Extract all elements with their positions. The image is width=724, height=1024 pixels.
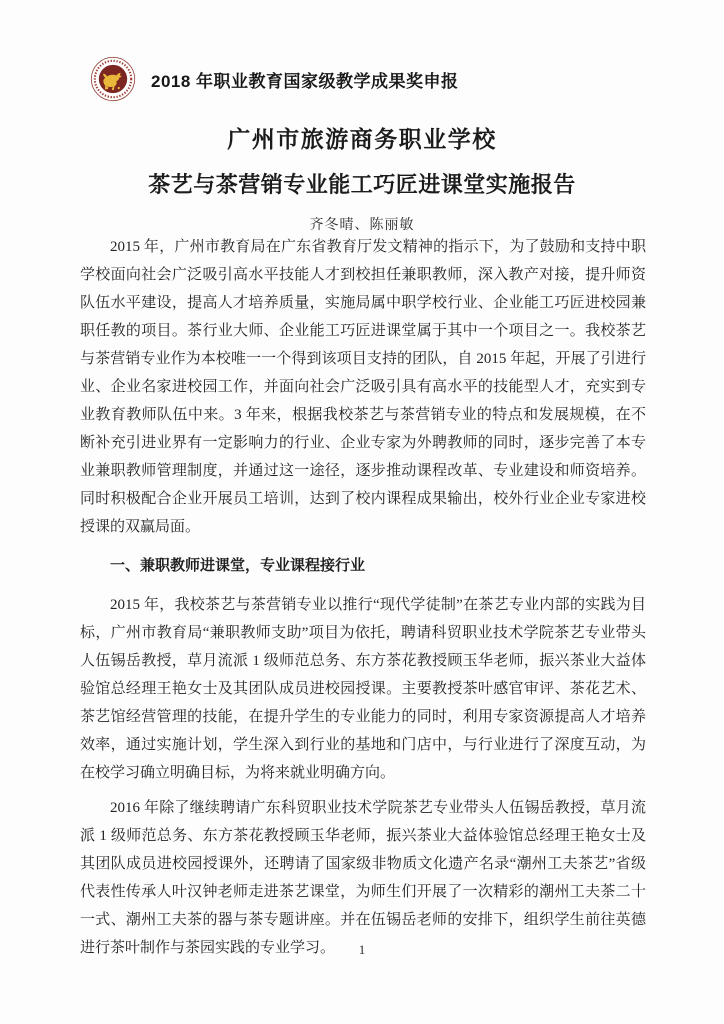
- seal-star-dot: [106, 87, 108, 89]
- header-badge-text: 2018 年职业教育国家级教学成果奖申报: [151, 67, 459, 92]
- page-number: 1: [0, 942, 724, 958]
- document-page: 2018 年职业教育国家级教学成果奖申报 广州市旅游商务职业学校 茶艺与茶营销专…: [0, 0, 724, 1024]
- document-header: 2018 年职业教育国家级教学成果奖申报: [90, 56, 459, 102]
- seal-star-dot: [118, 87, 120, 89]
- intro-paragraph: 2015 年，广州市教育局在广东省教育厅发文精神的指示下，为了鼓励和支持中职学校…: [80, 233, 646, 541]
- seal-star-dot: [112, 88, 114, 90]
- school-seal-icon: [90, 56, 136, 102]
- document-subtitle: 茶艺与茶营销专业能工巧匠进课堂实施报告: [0, 168, 724, 199]
- document-body: 2015 年，广州市教育局在广东省教育厅发文精神的指示下，为了鼓励和支持中职学校…: [80, 233, 646, 969]
- title-block: 广州市旅游商务职业学校 茶艺与茶营销专业能工巧匠进课堂实施报告 齐冬晴、陈丽敏: [0, 121, 724, 234]
- section-1-paragraph-2: 2016 年除了继续聘请广东科贸职业技术学院茶艺专业带头人伍锡岳教授，草月流派 …: [80, 794, 646, 962]
- authors-line: 齐冬晴、陈丽敏: [0, 214, 724, 234]
- document-title: 广州市旅游商务职业学校: [0, 121, 724, 154]
- section-1-paragraph-1: 2015 年，我校茶艺与茶营销专业以推行“现代学徒制”在茶艺专业内部的实践为目标…: [80, 591, 646, 787]
- section-1-heading: 一、兼职教师进课堂，专业课程接行业: [80, 552, 646, 580]
